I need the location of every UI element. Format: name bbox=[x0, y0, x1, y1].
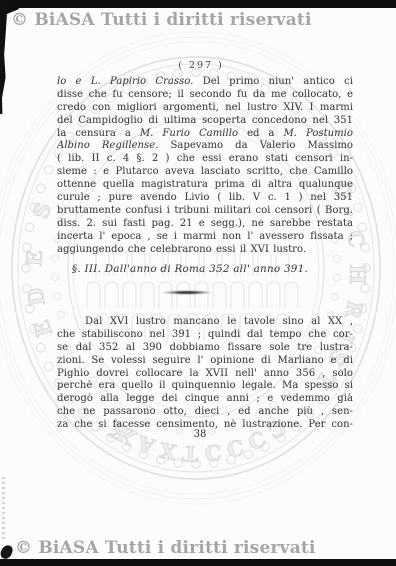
scan-border-bottom bbox=[0, 559, 396, 566]
text-line: Dal XVI lustro mancano le tavole sino al… bbox=[57, 316, 353, 329]
signature-number: 38 bbox=[57, 429, 343, 440]
body-paragraph-2: Dal XVI lustro mancano le tavole sino al… bbox=[57, 316, 353, 432]
text-line: perchè era quello il quinquennio legale.… bbox=[57, 380, 353, 393]
text-line: del Campidoglio di ultima scoperta conce… bbox=[57, 115, 353, 128]
text-line: ( lib. II c. 4 §. 2 ) che essi erano sta… bbox=[57, 153, 353, 166]
text-line: credo con migliori argomenti, nel lustro… bbox=[57, 102, 353, 115]
svg-text:X: X bbox=[157, 437, 178, 465]
text-line: derogò alla legge dei cinque anni ; e ve… bbox=[57, 393, 353, 406]
text-line: bruttamente confusi i tribuni militari c… bbox=[57, 205, 353, 218]
text-line: disse che fu censore; il secondo fu da m… bbox=[57, 89, 353, 102]
copyright-watermark-bottom: © BiASA Tutti i diritti riservati bbox=[15, 538, 316, 558]
text-line: diss. 2. sui fasti pag. 21 e segg.), ne … bbox=[57, 218, 353, 231]
svg-text:Ɔ: Ɔ bbox=[203, 440, 222, 467]
text-line: ottenne quella magistratura prima di alt… bbox=[57, 179, 353, 192]
svg-text:H: H bbox=[345, 264, 371, 285]
text-line: curule ; pure avendo Livio ( lib. V c. 1… bbox=[57, 192, 353, 205]
body-paragraph-1: lo e L. Papirio Crasso. Del primo niun' … bbox=[57, 76, 353, 256]
text-line: lo e L. Papirio Crasso. Del primo niun' … bbox=[57, 76, 353, 89]
svg-text:E: E bbox=[21, 250, 47, 267]
section-heading: §. III. Dall'anno di Roma 352 all' anno … bbox=[57, 263, 323, 275]
page-number: ( 297 ) bbox=[57, 60, 345, 71]
copyright-watermark-top: © BiASA Tutti i diritti riservati bbox=[11, 10, 312, 30]
svg-text:T: T bbox=[182, 441, 199, 467]
text-line: aggiungendo che celebrarono essi il XVI … bbox=[57, 244, 353, 257]
text-line: Albino Regillense. Sapevamo da Valerio M… bbox=[57, 140, 353, 153]
svg-text:D: D bbox=[22, 286, 50, 308]
text-line: incerta l' epoca , se i marmi non l' ave… bbox=[57, 231, 353, 244]
text-line: se dal 352 al 390 dobbiamo fissare sole … bbox=[57, 342, 353, 355]
text-line: zioni. Se volessi seguire l' opinione di… bbox=[57, 355, 353, 368]
scanned-book-page: EDESO·CHRISTЖAXTƆƆƆC © BiASA Tutti i dir… bbox=[0, 0, 396, 566]
text-line: Pighio dovrei collocare la XVII nell' an… bbox=[57, 368, 353, 381]
svg-text:E: E bbox=[28, 317, 57, 340]
text-line: sieme : e Plutarco aveva lasciato scritt… bbox=[57, 166, 353, 179]
text-line: che stabiliscono nel 391 ; quindi dal te… bbox=[57, 329, 353, 342]
text-line: che ne passarono otto, dieci , ed anche … bbox=[57, 406, 353, 419]
section-divider-ornament bbox=[161, 290, 213, 295]
svg-text:S: S bbox=[28, 199, 56, 221]
scan-border-top bbox=[0, 0, 396, 8]
left-edge-micro-marks bbox=[2, 477, 5, 541]
text-line: la censura a M. Furio Camillo ed a M. Po… bbox=[57, 128, 353, 141]
